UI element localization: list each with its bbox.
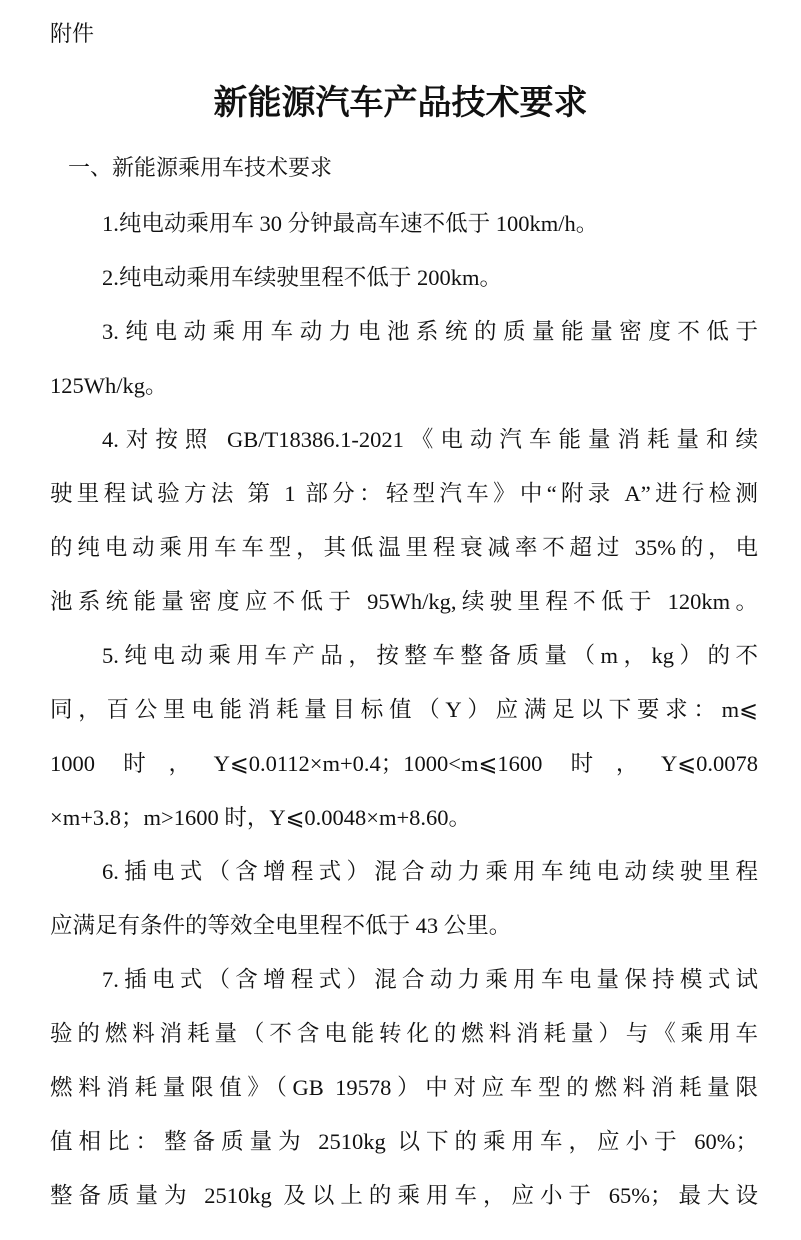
item-7-line-1: 7.插电式（含增程式）混合动力乘用车电量保持模式试: [102, 964, 758, 996]
item-5-line-1: 5.纯电动乘用车产品，按整车整备质量（m，kg）的不: [102, 640, 758, 672]
document-title: 新能源汽车产品技术要求: [0, 78, 801, 128]
item-5-line-3: 1000 时，Y⩽0.0112×m+0.4；1000<m⩽1600 时，Y⩽0.…: [50, 748, 758, 780]
section-heading: 一、新能源乘用车技术要求: [68, 152, 332, 186]
item-4-line-3: 的纯电动乘用车车型，其低温里程衰减率不超过 35%的，电: [50, 532, 758, 564]
item-1-line-1: 1.纯电动乘用车 30 分钟最高车速不低于 100km/h。: [102, 208, 598, 240]
item-7-line-3: 燃料消耗量限值》（GB 19578）中对应车型的燃料消耗量限: [50, 1072, 758, 1104]
item-7-line-2: 验的燃料消耗量（不含电能转化的燃料消耗量）与《乘用车: [50, 1018, 758, 1050]
attachment-label: 附件: [50, 20, 94, 50]
item-4-line-1: 4.对按照 GB/T18386.1-2021《电动汽车能量消耗量和续: [102, 424, 758, 456]
item-6-line-2: 应满足有条件的等效全电里程不低于 43 公里。: [50, 910, 511, 942]
item-3-line-2: 125Wh/kg。: [50, 370, 168, 402]
item-2-line-1: 2.纯电动乘用车续驶里程不低于 200km。: [102, 262, 502, 294]
item-4-line-2: 驶里程试验方法 第 1 部分：轻型汽车》中“附录 A”进行检测: [50, 478, 758, 510]
item-6-line-1: 6.插电式（含增程式）混合动力乘用车纯电动续驶里程: [102, 856, 758, 888]
item-5-line-4: ×m+3.8；m>1600 时，Y⩽0.0048×m+8.60。: [50, 802, 471, 834]
item-3-line-1: 3.纯电动乘用车动力电池系统的质量能量密度不低于: [102, 316, 758, 348]
item-7-line-5: 整备质量为 2510kg 及以上的乘用车，应小于 65%；最大设: [50, 1180, 758, 1212]
item-7-line-4: 值相比：整备质量为 2510kg 以下的乘用车，应小于 60%；: [50, 1126, 758, 1158]
item-4-line-4: 池系统能量密度应不低于 95Wh/kg,续驶里程不低于 120km。: [50, 586, 758, 618]
item-5-line-2: 同，百公里电能消耗量目标值（Y）应满足以下要求：m⩽: [50, 694, 758, 726]
